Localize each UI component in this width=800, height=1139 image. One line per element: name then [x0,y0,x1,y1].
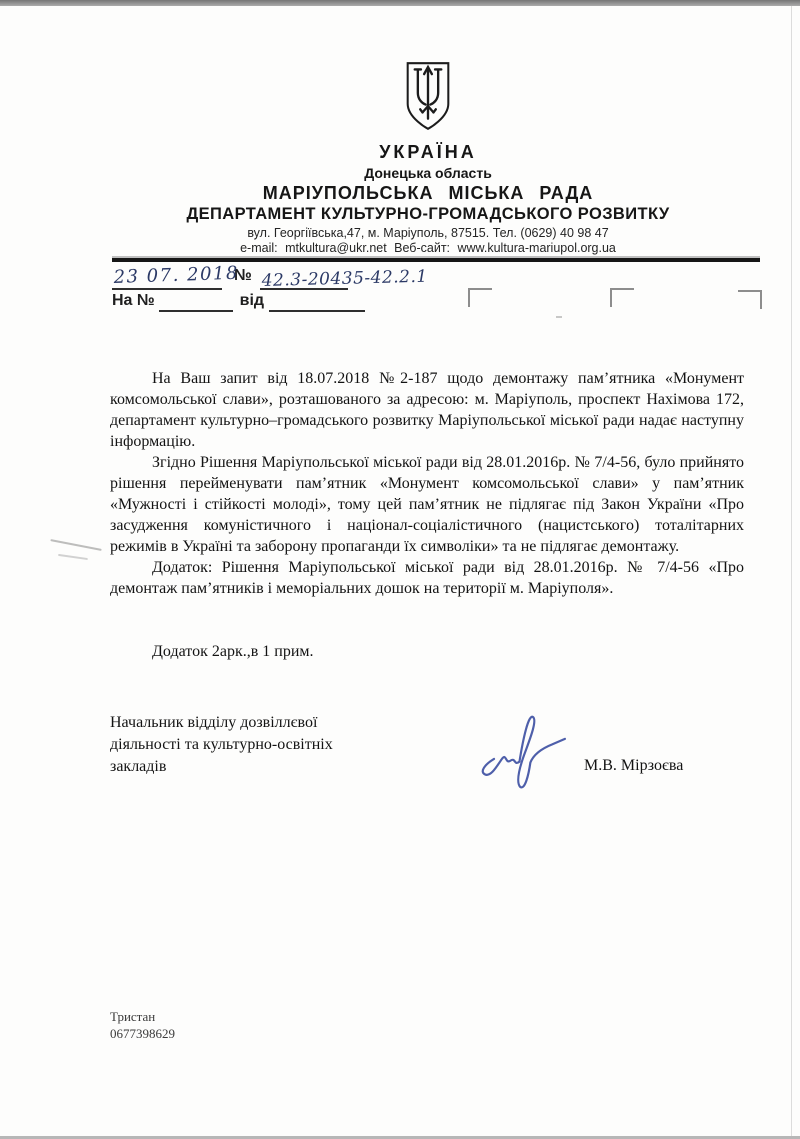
letterhead-department: ДЕПАРТАМЕНТ КУЛЬТУРНО-ГРОМАДСЬКОГО РОЗВИ… [28,205,800,224]
handwritten-number: 42.3-20435-42.2.1 [261,267,421,291]
reply-from-label: від [240,290,264,312]
crop-mark [738,290,762,309]
reply-number-label: На № [112,290,155,312]
scan-smudge [50,539,101,551]
reference-line-incoming: На № від [112,290,365,312]
letter-body: На Ваш запит від 18.07.2018 №2-187 щодо … [110,368,744,599]
reply-number-blank-line [159,290,233,312]
scan-smudge [58,554,88,560]
letterhead: УКРАЇНА Донецька область МАРІУПОЛЬСЬКА М… [28,60,800,255]
body-paragraph: Додаток: Рішення Маріупольської міської … [110,557,744,599]
letterhead-address: вул. Георгіївська,47, м. Маріуполь, 8751… [28,226,800,240]
scanned-letter-page: УКРАЇНА Донецька область МАРІУПОЛЬСЬКА М… [0,0,800,1139]
letterhead-contacts: e-mail: mtkultura@ukr.net Веб-сайт: www.… [28,241,800,255]
attachment-note: Додаток 2арк.,в 1 прим. [152,643,314,661]
body-paragraph: Згідно Рішення Маріупольської міської ра… [110,452,744,557]
signer-title: Начальник відділу дозвіллєвої діяльності… [110,712,390,778]
scan-speck [556,316,562,318]
coat-of-arms-icon [403,60,453,137]
handwritten-signature [474,698,574,803]
handwritten-date: 23 07. 2018 [113,263,239,288]
scan-top-edge [0,0,800,6]
letterhead-country: УКРАЇНА [28,142,800,163]
letterhead-region: Донецька область [28,165,800,181]
crop-mark [468,288,492,307]
reply-date-blank-line [269,290,365,312]
signature-stroke [483,717,565,788]
crop-mark [610,288,634,307]
date-blank-line: 23 07. 2018 [112,260,222,290]
executor-name: Тристан [110,1008,175,1025]
signer-name: М.В. Мірзоєва [584,757,683,775]
executor-block: Тристан 0677398629 [110,1008,175,1042]
reference-line-outgoing: 23 07. 2018 № 42.3-20435-42.2.1 [112,260,348,290]
executor-phone: 0677398629 [110,1025,175,1042]
body-paragraph: На Ваш запит від 18.07.2018 №2-187 щодо … [110,368,744,452]
letterhead-council: МАРІУПОЛЬСЬКА МІСЬКА РАДА [28,183,800,204]
number-blank-line: 42.3-20435-42.2.1 [260,260,348,290]
